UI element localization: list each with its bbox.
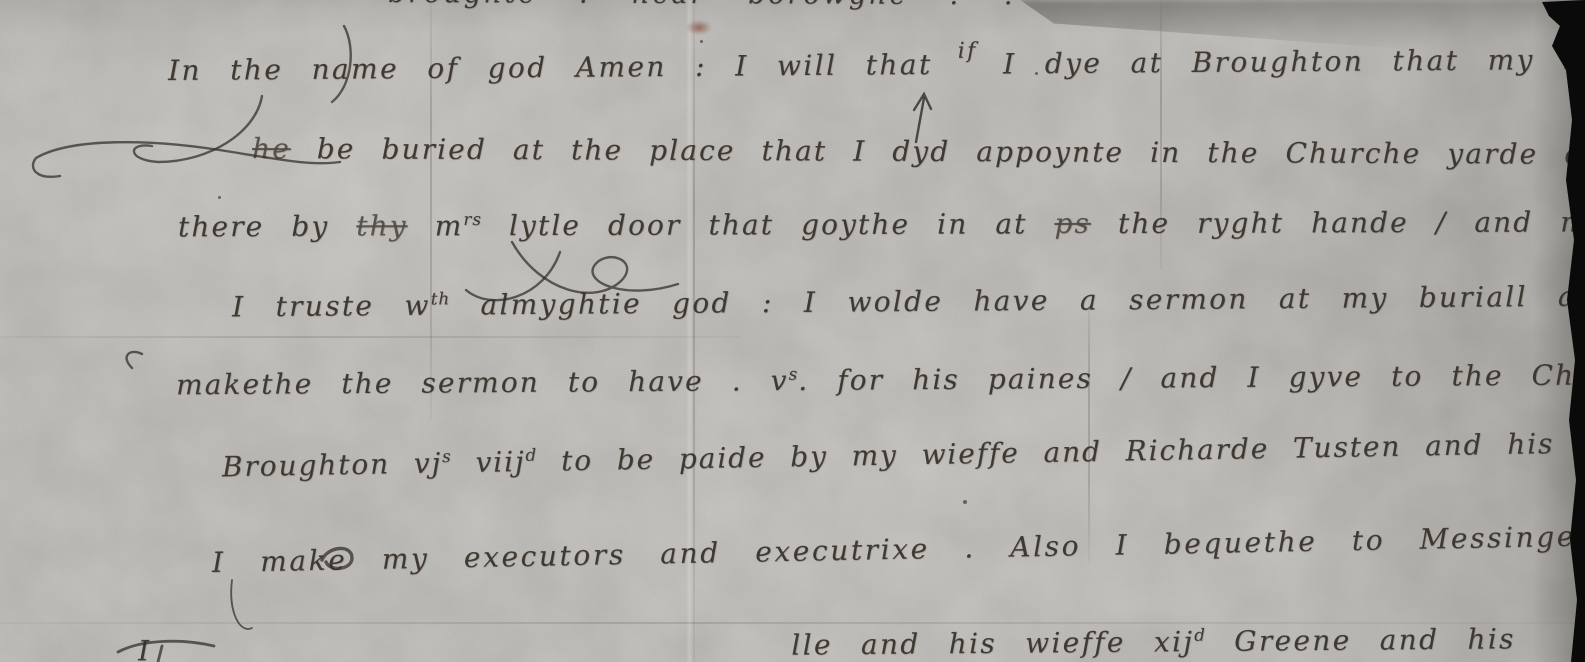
text-segment — [151, 655, 791, 661]
text-segment: almyghtie god : I wolde have a sermon at… — [450, 278, 1585, 321]
text-segment: the ryght hande / and my sowle — [1091, 205, 1585, 240]
text-line-2: he be buried at the place that I dyd app… — [252, 132, 1585, 172]
struck-word: ps — [1054, 207, 1091, 240]
text-segment: I make my executors and executrixe . Als… — [212, 513, 1585, 579]
ink-speck — [218, 196, 221, 199]
text-segment: th — [431, 288, 451, 308]
crease-vertical-3 — [1088, 300, 1090, 562]
flourish-by-descender — [512, 242, 678, 293]
text-line-5: makethe the sermon to have . vs. for his… — [176, 357, 1585, 401]
text-segment: Greene and his — [1206, 622, 1516, 658]
text-line-8-fragment: Ille and his wieffe xijd Greene and his — [138, 622, 1516, 662]
text-line-7: I make my executors and executrixe . Als… — [212, 513, 1585, 579]
text-segment: I truste w — [232, 289, 431, 324]
text-segment: m — [408, 209, 464, 242]
text-segment: rs — [463, 209, 482, 229]
text-segment: d — [1194, 625, 1206, 645]
manuscript-page: broughte . hear borowghe : . In the name… — [0, 0, 1585, 662]
text-line-3: there by thy mrs lytle door that goythe … — [178, 205, 1585, 244]
text-segment: there by — [178, 210, 356, 244]
text-segment: Broughton vj — [222, 446, 443, 483]
ink-speck — [963, 500, 967, 504]
text-segment: be buried at the place that I dyd appoyn… — [291, 132, 1585, 172]
text-segment: lle and his wieffe xij — [791, 625, 1194, 662]
text-segment: d — [525, 444, 537, 464]
struck-word: he — [252, 132, 291, 165]
text-segment: lytle door that goythe in at — [482, 207, 1055, 242]
text-segment: . for his paines / and I gyve to the Chu… — [798, 358, 1585, 397]
text-segment: viij — [451, 445, 525, 479]
crease-horizontal-1 — [0, 336, 740, 338]
paper-edge-shadow — [1533, 0, 1585, 662]
text-segment: I — [138, 634, 152, 662]
ink-blot — [686, 20, 712, 35]
text-segment: s — [442, 446, 452, 466]
heading-fragment: broughte . hear borowghe : . — [388, 0, 1015, 11]
text-segment: makethe the sermon to have . v — [176, 364, 789, 401]
text-line-6: Broughton vjs viijd to be paide by my wi… — [222, 422, 1585, 483]
flourish-descender-line7 — [231, 580, 252, 629]
text-segment: In the name of god Amen : I will that — [168, 48, 961, 87]
text-segment: broughte . hear borowghe : . — [388, 0, 1015, 11]
text-segment: s — [788, 364, 798, 384]
inserted-word: if — [958, 39, 978, 64]
flourish-initial-I — [134, 96, 262, 162]
text-segment: I dye at Broughton that my bodie — [975, 42, 1585, 80]
text-segment: to be paide by my wieffe and Richarde Tu… — [537, 422, 1585, 478]
marginal-mark — [127, 352, 142, 368]
text-line-1: In the name of god Amen : I will that if… — [168, 42, 1585, 87]
ink-speck — [700, 40, 703, 43]
struck-word: thy — [356, 210, 408, 243]
text-line-4: I truste wth almyghtie god : I wolde hav… — [232, 278, 1585, 324]
